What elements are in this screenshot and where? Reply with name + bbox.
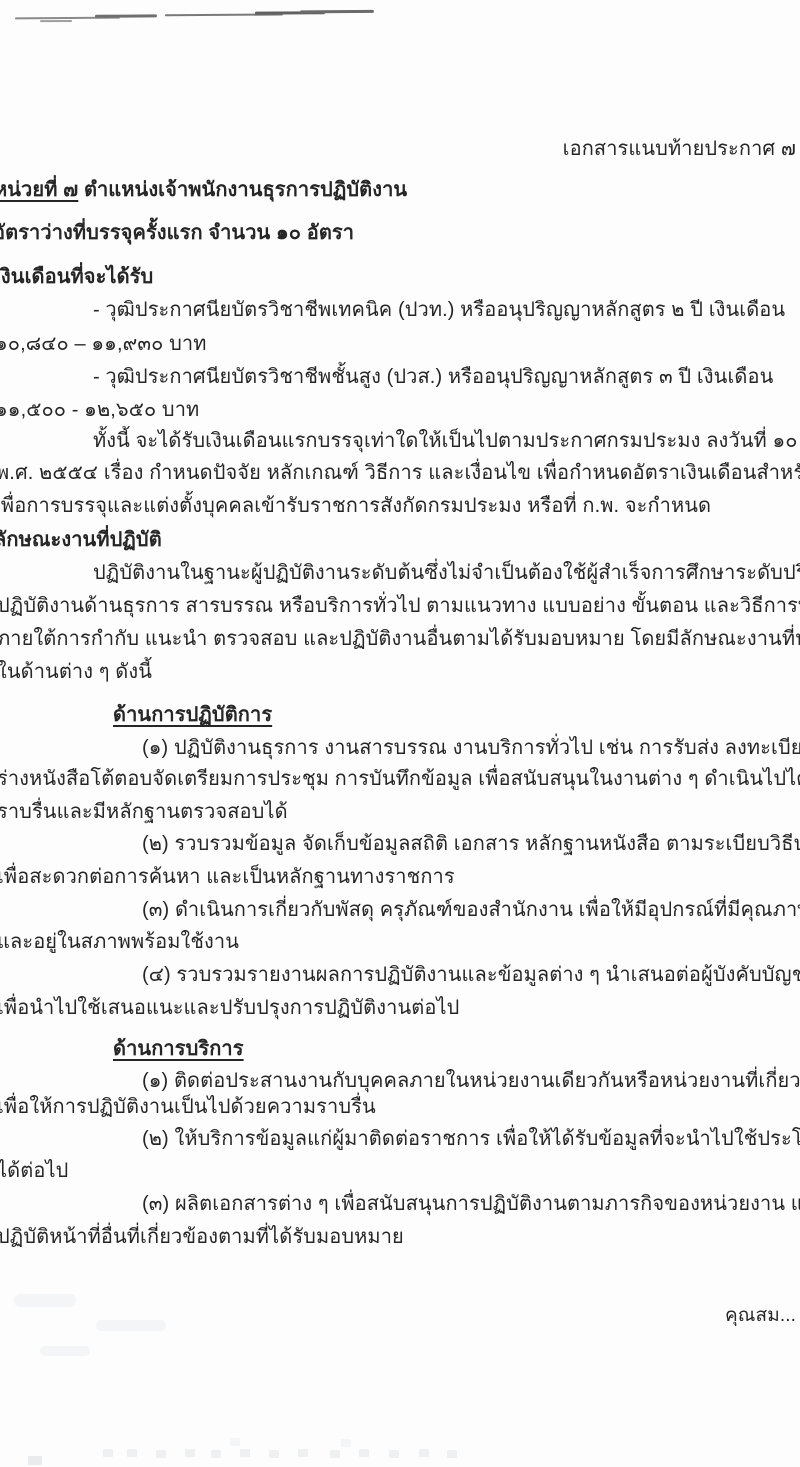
vacancy-line: อัตราว่างที่บรรจุครั้งแรก จำนวน ๑๐ อัตรา bbox=[0, 220, 354, 246]
catchword: คุณสม... bbox=[725, 1303, 796, 1329]
service-line-5: (๓) ผลิตเอกสารต่าง ๆ เพื่อสนับสนุนการปฏิ… bbox=[142, 1191, 800, 1217]
scan-smudge-1 bbox=[14, 1294, 76, 1307]
operations-line-5: เพื่อสะดวกต่อการค้นหา และเป็นหลักฐานทางร… bbox=[0, 864, 455, 890]
salary-item-2: - วุฒิประกาศนียบัตรวิชาชีพชั้นสูง (ปวส.)… bbox=[93, 364, 773, 390]
duties-intro-line-4: ในด้านต่าง ๆ ดังนี้ bbox=[0, 659, 152, 685]
operations-line-7: และอยู่ในสภาพพร้อมใช้งาน bbox=[0, 929, 239, 955]
salary-item-1: - วุฒิประกาศนียบัตรวิชาชีพเทคนิค (ปวท.) … bbox=[93, 297, 785, 323]
duties-intro-line-3: ภายใต้การกำกับ แนะนำ ตรวจสอบ และปฏิบัติง… bbox=[0, 626, 800, 652]
duties-intro-line-1: ปฏิบัติงานในฐานะผู้ปฏิบัติงานระดับต้นซึ่… bbox=[93, 560, 800, 586]
scan-smudge-3 bbox=[40, 1346, 90, 1356]
salary-range-2: ๑๑,๕๐๐ - ๑๒,๖๕๐ บาท bbox=[0, 397, 199, 423]
operations-line-9: เพื่อนำไปใช้เสนอแนะและปรับปรุงการปฏิบัติ… bbox=[0, 995, 459, 1021]
duties-heading: ลักษณะงานที่ปฏิบัติ bbox=[0, 527, 162, 553]
operations-line-8: (๔) รวบรวมรายงานผลการปฏิบัติงานและข้อมูล… bbox=[142, 962, 800, 988]
operations-line-6: (๓) ดำเนินการเกี่ยวกับพัสดุ ครุภัณฑ์ของส… bbox=[142, 897, 800, 923]
salary-note-line-3: เพื่อการบรรจุและแต่งตั้งบุคคลเข้ารับราชก… bbox=[0, 493, 711, 519]
scanned-document-page: เอกสารแนบท้ายประกาศ ๗ หน่วยที่ ๗ ตำแหน่ง… bbox=[0, 0, 800, 1467]
unit-position-title: ตำแหน่งเจ้าพนักงานธุรการปฏิบัติงาน bbox=[78, 179, 407, 201]
service-line-4: ได้ต่อไป bbox=[0, 1158, 68, 1184]
operations-heading: ด้านการปฏิบัติการ bbox=[113, 702, 272, 728]
service-line-3: (๒) ให้บริการข้อมูลแก่ผู้มาติดต่อราชการ … bbox=[142, 1126, 800, 1152]
operations-line-4: (๒) รวบรวมข้อมูล จัดเก็บข้อมูลสถิติ เอกส… bbox=[142, 831, 800, 857]
unit-number: หน่วยที่ ๗ bbox=[0, 179, 78, 201]
salary-heading: เงินเดือนที่จะได้รับ bbox=[0, 264, 153, 290]
page-label: เอกสารแนบท้ายประกาศ ๗ bbox=[563, 136, 796, 162]
service-line-1: (๑) ติดต่อประสานงานกับบุคคลภายในหน่วยงาน… bbox=[142, 1068, 800, 1094]
salary-note-line-2: พ.ศ. ๒๕๕๔ เรื่อง กำหนดปัจจัย หลักเกณฑ์ ว… bbox=[0, 460, 800, 486]
salary-range-1: ๑๐,๘๔๐ – ๑๑,๙๓๐ บาท bbox=[0, 331, 207, 357]
service-heading: ด้านการบริการ bbox=[113, 1036, 244, 1062]
operations-line-1: (๑) ปฏิบัติงานธุรการ งานสารบรรณ งานบริกา… bbox=[142, 735, 800, 761]
duties-intro-line-2: ปฏิบัติงานด้านธุรการ สารบรรณ หรือบริการท… bbox=[0, 593, 800, 619]
service-line-6: ปฏิบัติหน้าที่อื่นที่เกี่ยวข้องตามที่ได้… bbox=[0, 1224, 404, 1250]
unit-title-line: หน่วยที่ ๗ ตำแหน่งเจ้าพนักงานธุรการปฏิบั… bbox=[0, 177, 407, 203]
operations-line-3: ราบรื่นและมีหลักฐานตรวจสอบได้ bbox=[0, 799, 288, 825]
scan-artifact-top bbox=[0, 9, 420, 36]
salary-note-line-1: ทั้งนี้ จะได้รับเงินเดือนแรกบรรจุเท่าใดใ… bbox=[93, 428, 800, 454]
scan-smudge-2 bbox=[96, 1320, 166, 1331]
service-line-2: เพื่อให้การปฏิบัติงานเป็นไปด้วยความราบรื… bbox=[0, 1094, 376, 1120]
operations-line-2: ร่างหนังสือโต้ตอบจัดเตรียมการประชุม การบ… bbox=[0, 766, 800, 792]
